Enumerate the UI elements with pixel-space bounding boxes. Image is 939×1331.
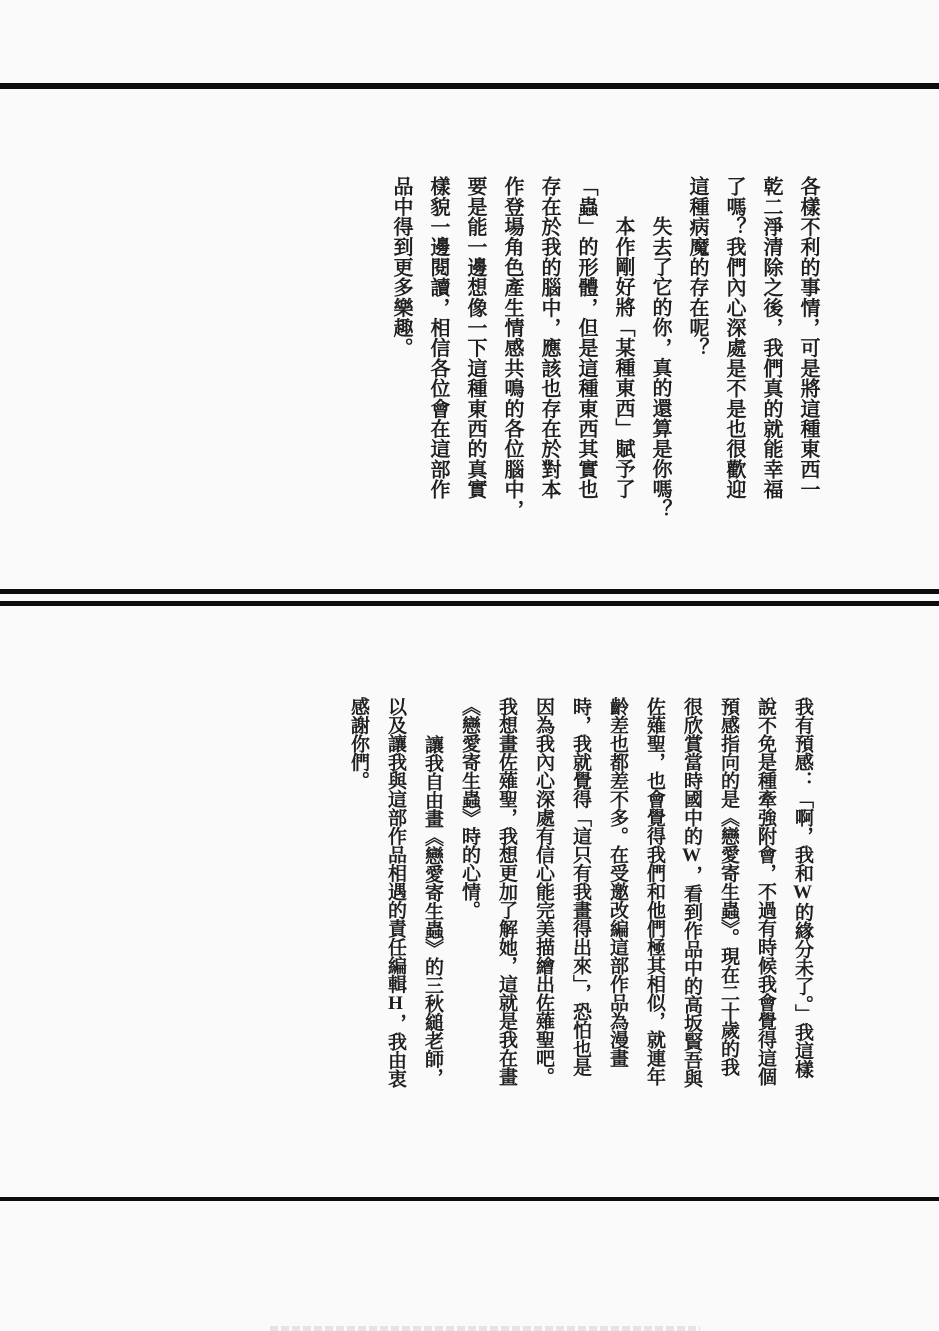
text-column: 作登場角色產生情感共鳴的各位腦中， (493, 176, 530, 519)
text-column: 齡差也都差不多。在受邀改編這部作品為漫畫 (599, 697, 636, 1088)
text-column: 要是能一邊想像一下這種東西的真實 (456, 176, 493, 519)
text-column: 各樣不利的事情，可是將這種東西一 (789, 176, 826, 519)
text-column: 失去了它的你，真的還算是你嗎？ (641, 176, 678, 519)
afterword-lower-text-block: 我有預感：「啊，我和W的緣分未了。」我這樣 說不免是種牽強附會，不過有時候我會覺… (340, 697, 821, 1088)
text-column: 樣貌一邊閱讀，相信各位會在這部作 (419, 176, 456, 519)
text-column: 這種病魔的存在呢？ (678, 176, 715, 519)
text-column: 乾二淨清除之後，我們真的就能幸福 (752, 176, 789, 519)
middle-divider-rule-lower (0, 601, 939, 606)
text-column: 了嗎？我們內心深處是不是也很歡迎 (715, 176, 752, 519)
middle-divider-rule-upper (0, 589, 939, 594)
text-column: 說不免是種牽強附會，不過有時候我會覺得這個 (747, 697, 784, 1088)
text-column: 預感指向的是《戀愛寄生蟲》。現在二十歲的我 (710, 697, 747, 1088)
text-column: 以及讓我與這部作品相遇的責任編輯H，我由衷 (377, 697, 414, 1088)
text-column: 很欣賞當時國中的W，看到作品中的高坂賢吾與 (673, 697, 710, 1088)
bottom-divider-rule (0, 1197, 939, 1201)
text-column: 《戀愛寄生蟲》時的心情。 (451, 697, 488, 1088)
text-column: 品中得到更多樂趣。 (382, 176, 419, 519)
text-column: 「蟲」的形體，但是這種東西其實也 (567, 176, 604, 519)
cutoff-credit-text (270, 1326, 700, 1331)
text-column: 感謝你們。 (340, 697, 377, 1088)
text-column: 我想畫佐薙聖，我想更加了解她，這就是我在畫 (488, 697, 525, 1088)
text-column: 因為我內心深處有信心能完美描繪出佐薙聖吧。 (525, 697, 562, 1088)
text-column: 我有預感：「啊，我和W的緣分未了。」我這樣 (784, 697, 821, 1088)
text-column: 佐薙聖，也會覺得我們和他們極其相似，就連年 (636, 697, 673, 1088)
text-column: 讓我自由畫《戀愛寄生蟲》的三秋縋老師， (414, 697, 451, 1088)
text-column: 本作剛好將「某種東西」賦予了 (604, 176, 641, 519)
afterword-upper-text-block: 各樣不利的事情，可是將這種東西一 乾二淨清除之後，我們真的就能幸福 了嗎？我們內… (382, 176, 826, 519)
top-divider-rule (0, 83, 939, 89)
text-column: 時，我就覺得「這只有我畫得出來」，恐怕也是 (562, 697, 599, 1088)
afterword-page: 各樣不利的事情，可是將這種東西一 乾二淨清除之後，我們真的就能幸福 了嗎？我們內… (0, 0, 939, 1331)
text-column: 存在於我的腦中，應該也存在於對本 (530, 176, 567, 519)
